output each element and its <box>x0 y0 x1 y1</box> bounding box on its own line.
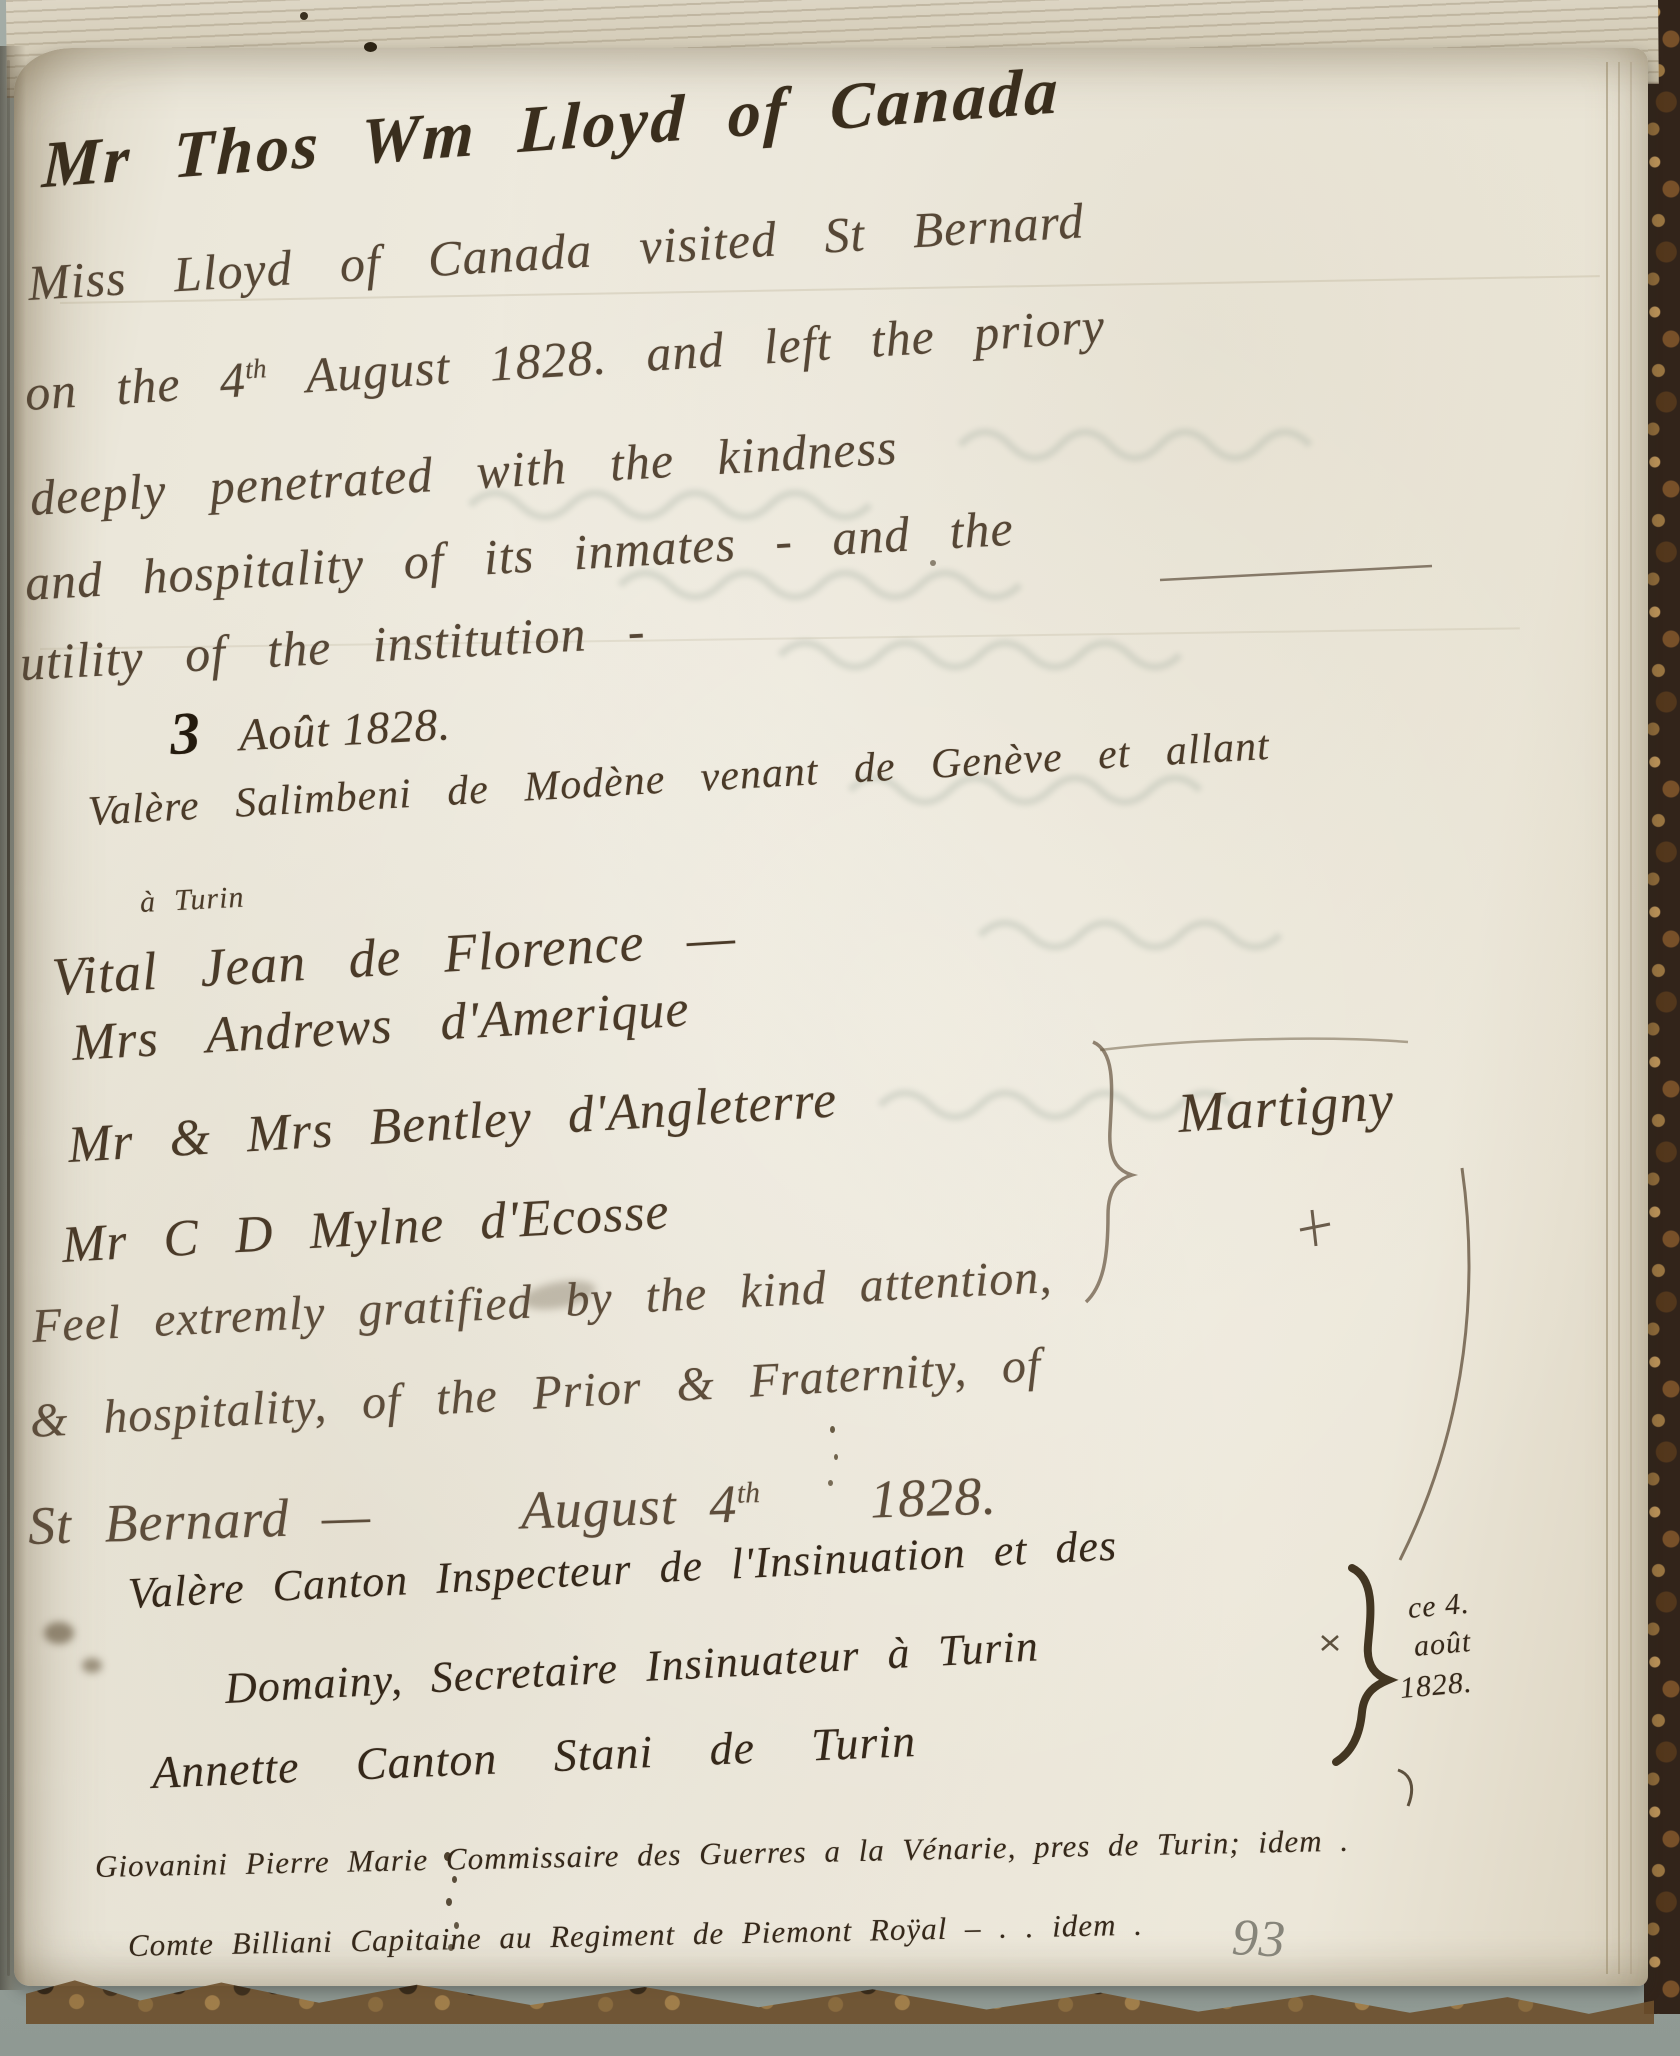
date-month-year: Août 1828. <box>238 698 452 760</box>
pencil-page-number: 93 <box>1230 1908 1287 1970</box>
canton-brace-note-line3: 1828. <box>1399 1666 1474 1706</box>
gratitude-date: August 4 <box>520 1474 738 1541</box>
canton-brace-note-line1: ce 4. <box>1407 1587 1471 1626</box>
binding-gutter-shadow <box>0 46 26 1990</box>
ink-drip <box>446 1898 452 1906</box>
ink-dot <box>834 1454 838 1460</box>
manuscript-scan: Mr Thos Wm Lloyd of Canada Miss Lloyd of… <box>0 0 1680 2056</box>
page-edge-crease <box>1630 62 1632 1974</box>
gratitude-year: 1828. <box>869 1466 997 1530</box>
date-day: 3 <box>168 699 202 767</box>
martigny-destination: Martigny <box>1176 1069 1396 1146</box>
page-edge-crease <box>1606 62 1608 1974</box>
ink-blot <box>44 1622 74 1644</box>
ink-blot <box>82 1658 102 1673</box>
gratitude-line3-pre: St Bernard — <box>27 1485 372 1556</box>
ink-speck <box>364 42 377 52</box>
date-heading: 3Août 1828. <box>168 685 452 769</box>
ink-speck <box>300 12 308 20</box>
entry-salimbeni-insertion: à Turin <box>139 881 245 920</box>
ordinal-superscript: th <box>736 1477 760 1510</box>
ink-dot <box>830 1426 835 1433</box>
binding-gutter-line <box>7 60 10 1976</box>
canton-brace-note-line2: août <box>1413 1625 1473 1664</box>
ordinal-superscript: th <box>244 352 267 384</box>
page-edge-crease <box>1618 62 1620 1974</box>
book-cover-marbled-edge <box>1644 0 1680 2014</box>
